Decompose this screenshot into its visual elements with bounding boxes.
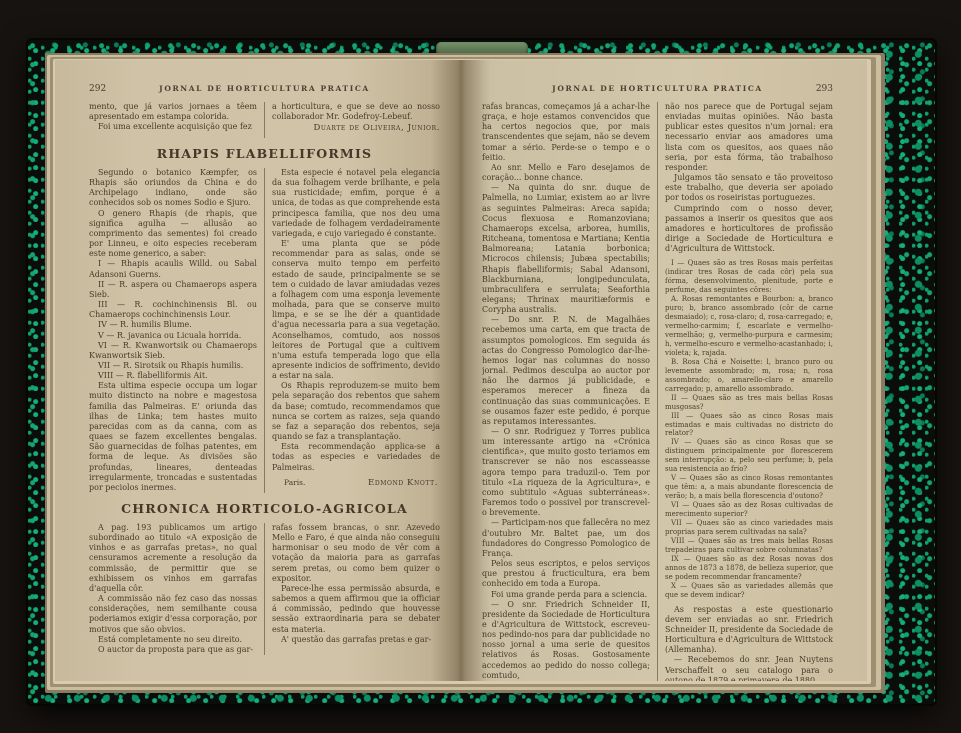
background: 292 JORNAL DE HORTICULTURA PRATICA mento… [0, 0, 961, 733]
paragraph: VIII — Quaes são as tres mais bellas Ros… [665, 537, 833, 555]
paragraph: A commissão não fez caso das nossas cons… [89, 594, 257, 635]
paragraph: Esta ultima especie occupa um logar muit… [89, 381, 257, 493]
paragraph: — Participam-nos que fallecêra no mez d'… [482, 518, 650, 559]
journal-title: JORNAL DE HORTICULTURA PRATICA [526, 84, 789, 93]
article-section: Segundo o botanico Kæmpfer, os Rhapis sã… [89, 168, 440, 493]
paragraph: X — Quaes são as variedades allemãs que … [665, 582, 833, 600]
paragraph: II — R. aspera ou Chamaerops aspera Sieb… [89, 280, 257, 300]
column-text: Esta especie é notavel pela elegancia da… [272, 168, 440, 473]
byline-place: Paris. [284, 478, 305, 487]
column: rafas brancas, começamos já a achar-lhe … [482, 102, 657, 681]
paragraph: — Na quinta do snr. duque de Palmella, n… [482, 183, 650, 315]
paragraph: Os Rhapis reproduzem-se muito bem pela s… [272, 381, 440, 442]
column: rafas fossem brancas, o snr. Azevedo Mel… [264, 523, 440, 655]
author-name: Edmond Knott. [368, 478, 438, 488]
paragraph: rafas fossem brancas, o snr. Azevedo Mel… [272, 523, 440, 584]
paragraph: A' questão das garrafas pretas e gar- [272, 635, 440, 645]
page-edges-outer: 292 JORNAL DE HORTICULTURA PRATICA mento… [45, 53, 885, 693]
paragraph: E' uma planta que se póde recommendar pa… [272, 239, 440, 381]
column-text: não nos parece que de Portugal sejam env… [665, 102, 833, 254]
column: não nos parece que de Portugal sejam env… [657, 102, 833, 681]
paragraph: Esta recommendação applica-se a todas as… [272, 442, 440, 472]
paragraph: — O snr. Friedrich Schneider II, preside… [482, 600, 650, 681]
page-number: 292 [89, 84, 133, 94]
paragraph: mento, que já varios jornaes a têem apre… [89, 102, 257, 122]
page-edges: 292 JORNAL DE HORTICULTURA PRATICA mento… [47, 55, 881, 690]
page-edges: 292 JORNAL DE HORTICULTURA PRATICA mento… [50, 57, 876, 687]
paragraph: Foi uma grande perda para a sciencia. [482, 590, 650, 600]
paragraph: Julgamos tão sensato e tão proveitoso es… [665, 173, 833, 203]
rose-questionnaire: I — Quaes são as tres Rosas mais perfeit… [665, 259, 833, 599]
paragraph: I — Quaes são as tres Rosas mais perfeit… [665, 259, 833, 295]
paragraph: B. Rosa Chá e Noisette: l, branco puro o… [665, 358, 833, 394]
paragraph: Pelos seus escriptos, e pelos serviços q… [482, 559, 650, 589]
paragraph: VII — R. Sirotsik ou Rhapis humilis. [89, 361, 257, 371]
paragraph: A pag. 193 publicamos um artigo subordin… [89, 523, 257, 594]
paragraph: não nos parece que de Portugal sejam env… [665, 102, 833, 173]
paragraph: As respostas a este questionario devem s… [665, 605, 833, 656]
paragraph: Segundo o botanico Kæmpfer, os Rhapis sã… [89, 168, 257, 209]
page-header: JORNAL DE HORTICULTURA PRATICA 293 [482, 84, 833, 94]
paragraph: VIII — R. flabelliformis Ait. [89, 371, 257, 381]
column: Segundo o botanico Kæmpfer, os Rhapis sã… [89, 168, 264, 493]
paragraph: I — Rhapis acaulis Willd. ou Sabal Adans… [89, 259, 257, 279]
chronicle-section: rafas brancas, começamos já a achar-lhe … [482, 102, 833, 681]
open-spread: 292 JORNAL DE HORTICULTURA PRATICA mento… [55, 60, 867, 681]
paragraph: rafas brancas, começamos já a achar-lhe … [482, 102, 650, 163]
paragraph: Parece-lhe essa permissão absurda, e sab… [272, 584, 440, 635]
paragraph: Ao snr. Mello e Faro desejamos de coraçã… [482, 163, 650, 183]
journal-title: JORNAL DE HORTICULTURA PRATICA [133, 84, 396, 93]
paragraph: — Recebemos do snr. Jean Nuytens Verscha… [665, 655, 833, 681]
paragraph: Esta especie é notavel pela elegancia da… [272, 168, 440, 239]
column-text: As respostas a este questionario devem s… [665, 605, 833, 681]
column: a horticultura, e que se deve ao nosso c… [264, 102, 440, 138]
author-byline: Paris. Edmond Knott. [272, 478, 440, 488]
page-292: 292 JORNAL DE HORTICULTURA PRATICA mento… [55, 60, 460, 681]
page-header: 292 JORNAL DE HORTICULTURA PRATICA [89, 84, 440, 94]
paragraph: III — Quaes são as cinco Rosas mais esti… [665, 412, 833, 439]
paragraph: — Do snr. P. N. de Magalhães recebemos u… [482, 315, 650, 427]
paragraph: VI — Quaes são as dez Rosas cultivadas d… [665, 501, 833, 519]
paragraph: — O snr. Rodriguez y Torres publica um i… [482, 427, 650, 518]
page-number: 293 [789, 84, 833, 94]
paragraph: O auctor da proposta para que as gar- [89, 645, 257, 655]
book-cover: 292 JORNAL DE HORTICULTURA PRATICA mento… [28, 40, 935, 704]
paragraph: VI — R. Kwanwortsik ou Chamaerops Kwanwo… [89, 341, 257, 361]
paragraph: II — Quaes são as tres mais bellas Rosas… [665, 394, 833, 412]
column-text: a horticultura, e que se deve ao nosso c… [272, 102, 440, 122]
page-stack: 292 JORNAL DE HORTICULTURA PRATICA mento… [45, 53, 885, 693]
paragraph: III — R. cochinchinensis Bl. ou Chamaero… [89, 300, 257, 320]
page-edges-inner: 292 JORNAL DE HORTICULTURA PRATICA mento… [53, 59, 871, 684]
paragraph: O genero Rhapis (de rhapis, que signific… [89, 209, 257, 260]
paragraph: IX — Quaes são as dez Rosas novas dos an… [665, 555, 833, 582]
column: mento, que já varios jornaes a têem apre… [89, 102, 264, 138]
paragraph: V — Quaes são as cinco Rosas remontantes… [665, 474, 833, 501]
paragraph: A. Rosas remontantes e Bourbon: a, branc… [665, 295, 833, 358]
article-section: A pag. 193 publicamos um artigo subordin… [89, 523, 440, 655]
column: Esta especie é notavel pela elegancia da… [264, 168, 440, 493]
paragraph: Cumprindo com o nosso dever, passamos a … [665, 204, 833, 255]
paragraph: VII — Quaes são as cinco variedades mais… [665, 519, 833, 537]
paragraph: Foi uma excellente acquisição que fez [89, 122, 257, 132]
paragraph: Está completamente no seu direito. [89, 635, 257, 645]
paragraph: V — R. javanica ou Licuala horrida. [89, 331, 257, 341]
page-293: JORNAL DE HORTICULTURA PRATICA 293 rafas… [460, 60, 867, 681]
paragraph: IV — R. humilis Blume. [89, 320, 257, 330]
intro-section: mento, que já varios jornaes a têem apre… [89, 102, 440, 138]
paragraph: a horticultura, e que se deve ao nosso c… [272, 102, 440, 122]
article-title: CHRONICA HORTICOLO-AGRICOLA [89, 501, 440, 516]
signature: Duarte de Oliveira, Junior. [272, 123, 440, 133]
column: A pag. 193 publicamos um artigo subordin… [89, 523, 264, 655]
article-title: RHAPIS FLABELLIFORMIS [89, 146, 440, 161]
paragraph: IV — Quaes são as cinco Rosas que se dis… [665, 438, 833, 474]
